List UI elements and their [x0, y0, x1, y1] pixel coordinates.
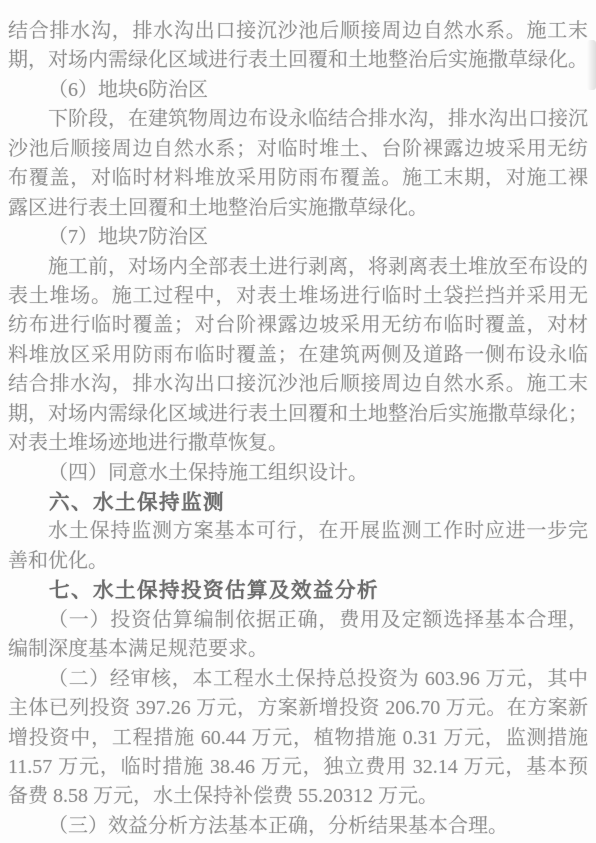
text-line: 期，对场内需绿化区域进行表土回覆和土地整治后实施撒草绿化。: [8, 46, 588, 75]
text-line: 备费 8.58 万元，水土保持补偿费 55.20312 万元。: [8, 782, 588, 811]
text-line: （6）地块6防治区: [8, 76, 588, 105]
text-line: （二）经审核，本工程水土保持总投资为 603.96 万元，其中: [8, 665, 588, 694]
text-line: 表土堆场。施工过程中，对表土堆场进行临时土袋拦挡并采用无: [8, 282, 588, 311]
text-line: 善和优化。: [8, 547, 588, 576]
text-line: 对表土堆场迹地进行撒草恢复。: [8, 429, 588, 458]
text-line: （7）地块7防治区: [8, 223, 588, 252]
document-page: 结合排水沟，排水沟出口接沉沙池后顺接周边自然水系。施工末期，对场内需绿化区域进行…: [0, 0, 596, 843]
text-line: 沙池后顺接周边自然水系；对临时堆土、台阶裸露边坡采用无纺: [8, 135, 588, 164]
section-heading: 七、水土保持投资估算及效益分析: [8, 576, 588, 605]
text-line: 露区进行表土回覆和土地整治后实施撒草绿化。: [8, 194, 588, 223]
text-line: 增投资中，工程措施 60.44 万元，植物措施 0.31 万元，监测措施: [8, 724, 588, 753]
text-line: （三）效益分析方法基本正确，分析结果基本合理。: [8, 812, 588, 841]
text-line: 布覆盖，对临时材料堆放采用防雨布覆盖。施工末期，对施工裸: [8, 164, 588, 193]
text-line: 水土保持监测方案基本可行，在开展监测工作时应进一步完: [8, 517, 588, 546]
text-line: 11.57 万元，临时措施 38.46 万元，独立费用 32.14 万元，基本预: [8, 753, 588, 782]
scan-smudge-artifact: [587, 40, 596, 90]
text-line: 施工前，对场内全部表土进行剥离，将剥离表土堆放至布设的: [8, 253, 588, 282]
text-line: 结合排水沟，排水沟出口接沉沙池后顺接周边自然水系。施工末: [8, 370, 588, 399]
section-heading: 六、水土保持监测: [8, 488, 588, 517]
text-line: （一）投资估算编制依据正确，费用及定额选择基本合理，: [8, 606, 588, 635]
text-line: 主体已列投资 397.26 万元，方案新增投资 206.70 万元。在方案新: [8, 694, 588, 723]
text-line: 结合排水沟，排水沟出口接沉沙池后顺接周边自然水系。施工末: [8, 17, 588, 46]
text-line: 纺布进行临时覆盖；对台阶裸露边坡采用无纺布临时覆盖，对材: [8, 311, 588, 340]
text-line: 下阶段，在建筑物周边布设永临结合排水沟，排水沟出口接沉: [8, 105, 588, 134]
document-text-block: 结合排水沟，排水沟出口接沉沙池后顺接周边自然水系。施工末期，对场内需绿化区域进行…: [8, 17, 588, 841]
text-line: 编制深度基本满足规范要求。: [8, 635, 588, 664]
text-line: 期，对场内需绿化区域进行表土回覆和土地整治后实施撒草绿化；: [8, 400, 588, 429]
text-line: 料堆放区采用防雨布临时覆盖；在建筑两侧及道路一侧布设永临: [8, 341, 588, 370]
text-line: （四）同意水土保持施工组织设计。: [8, 459, 588, 488]
